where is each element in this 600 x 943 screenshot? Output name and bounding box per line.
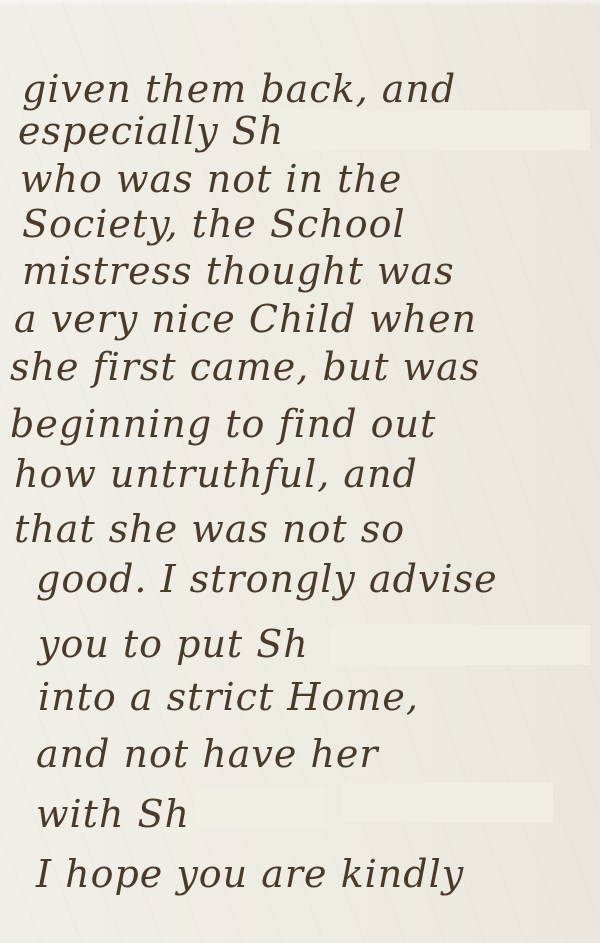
redaction-box [280,110,590,150]
handwritten-line: and not have her [36,735,379,773]
handwritten-line: that she was not so [14,510,405,548]
redaction-box [195,788,325,828]
handwritten-line: how untruthful, and [14,455,418,493]
handwritten-line: especially Sh [18,112,284,150]
handwritten-line: into a strict Home, [38,678,419,716]
handwritten-line: you to put Sh [38,625,309,663]
handwritten-line: good. I strongly advise [36,560,498,598]
handwritten-line: mistress thought was [22,252,455,290]
handwritten-line: Society, the School [22,205,406,243]
handwritten-line: a very nice Child when [14,300,477,338]
handwritten-line: I hope you are kindly [36,855,464,893]
handwritten-line: with Sh [36,795,190,833]
handwritten-line: beginning to find out [10,405,436,443]
letter-page: given them back, and especially Sh who w… [0,0,600,943]
handwritten-line: she first came, but was [10,348,480,386]
redaction-box [343,782,553,822]
handwritten-line: who was not in the [20,160,402,198]
handwritten-line: given them back, and [22,70,456,108]
redaction-box [330,625,590,665]
